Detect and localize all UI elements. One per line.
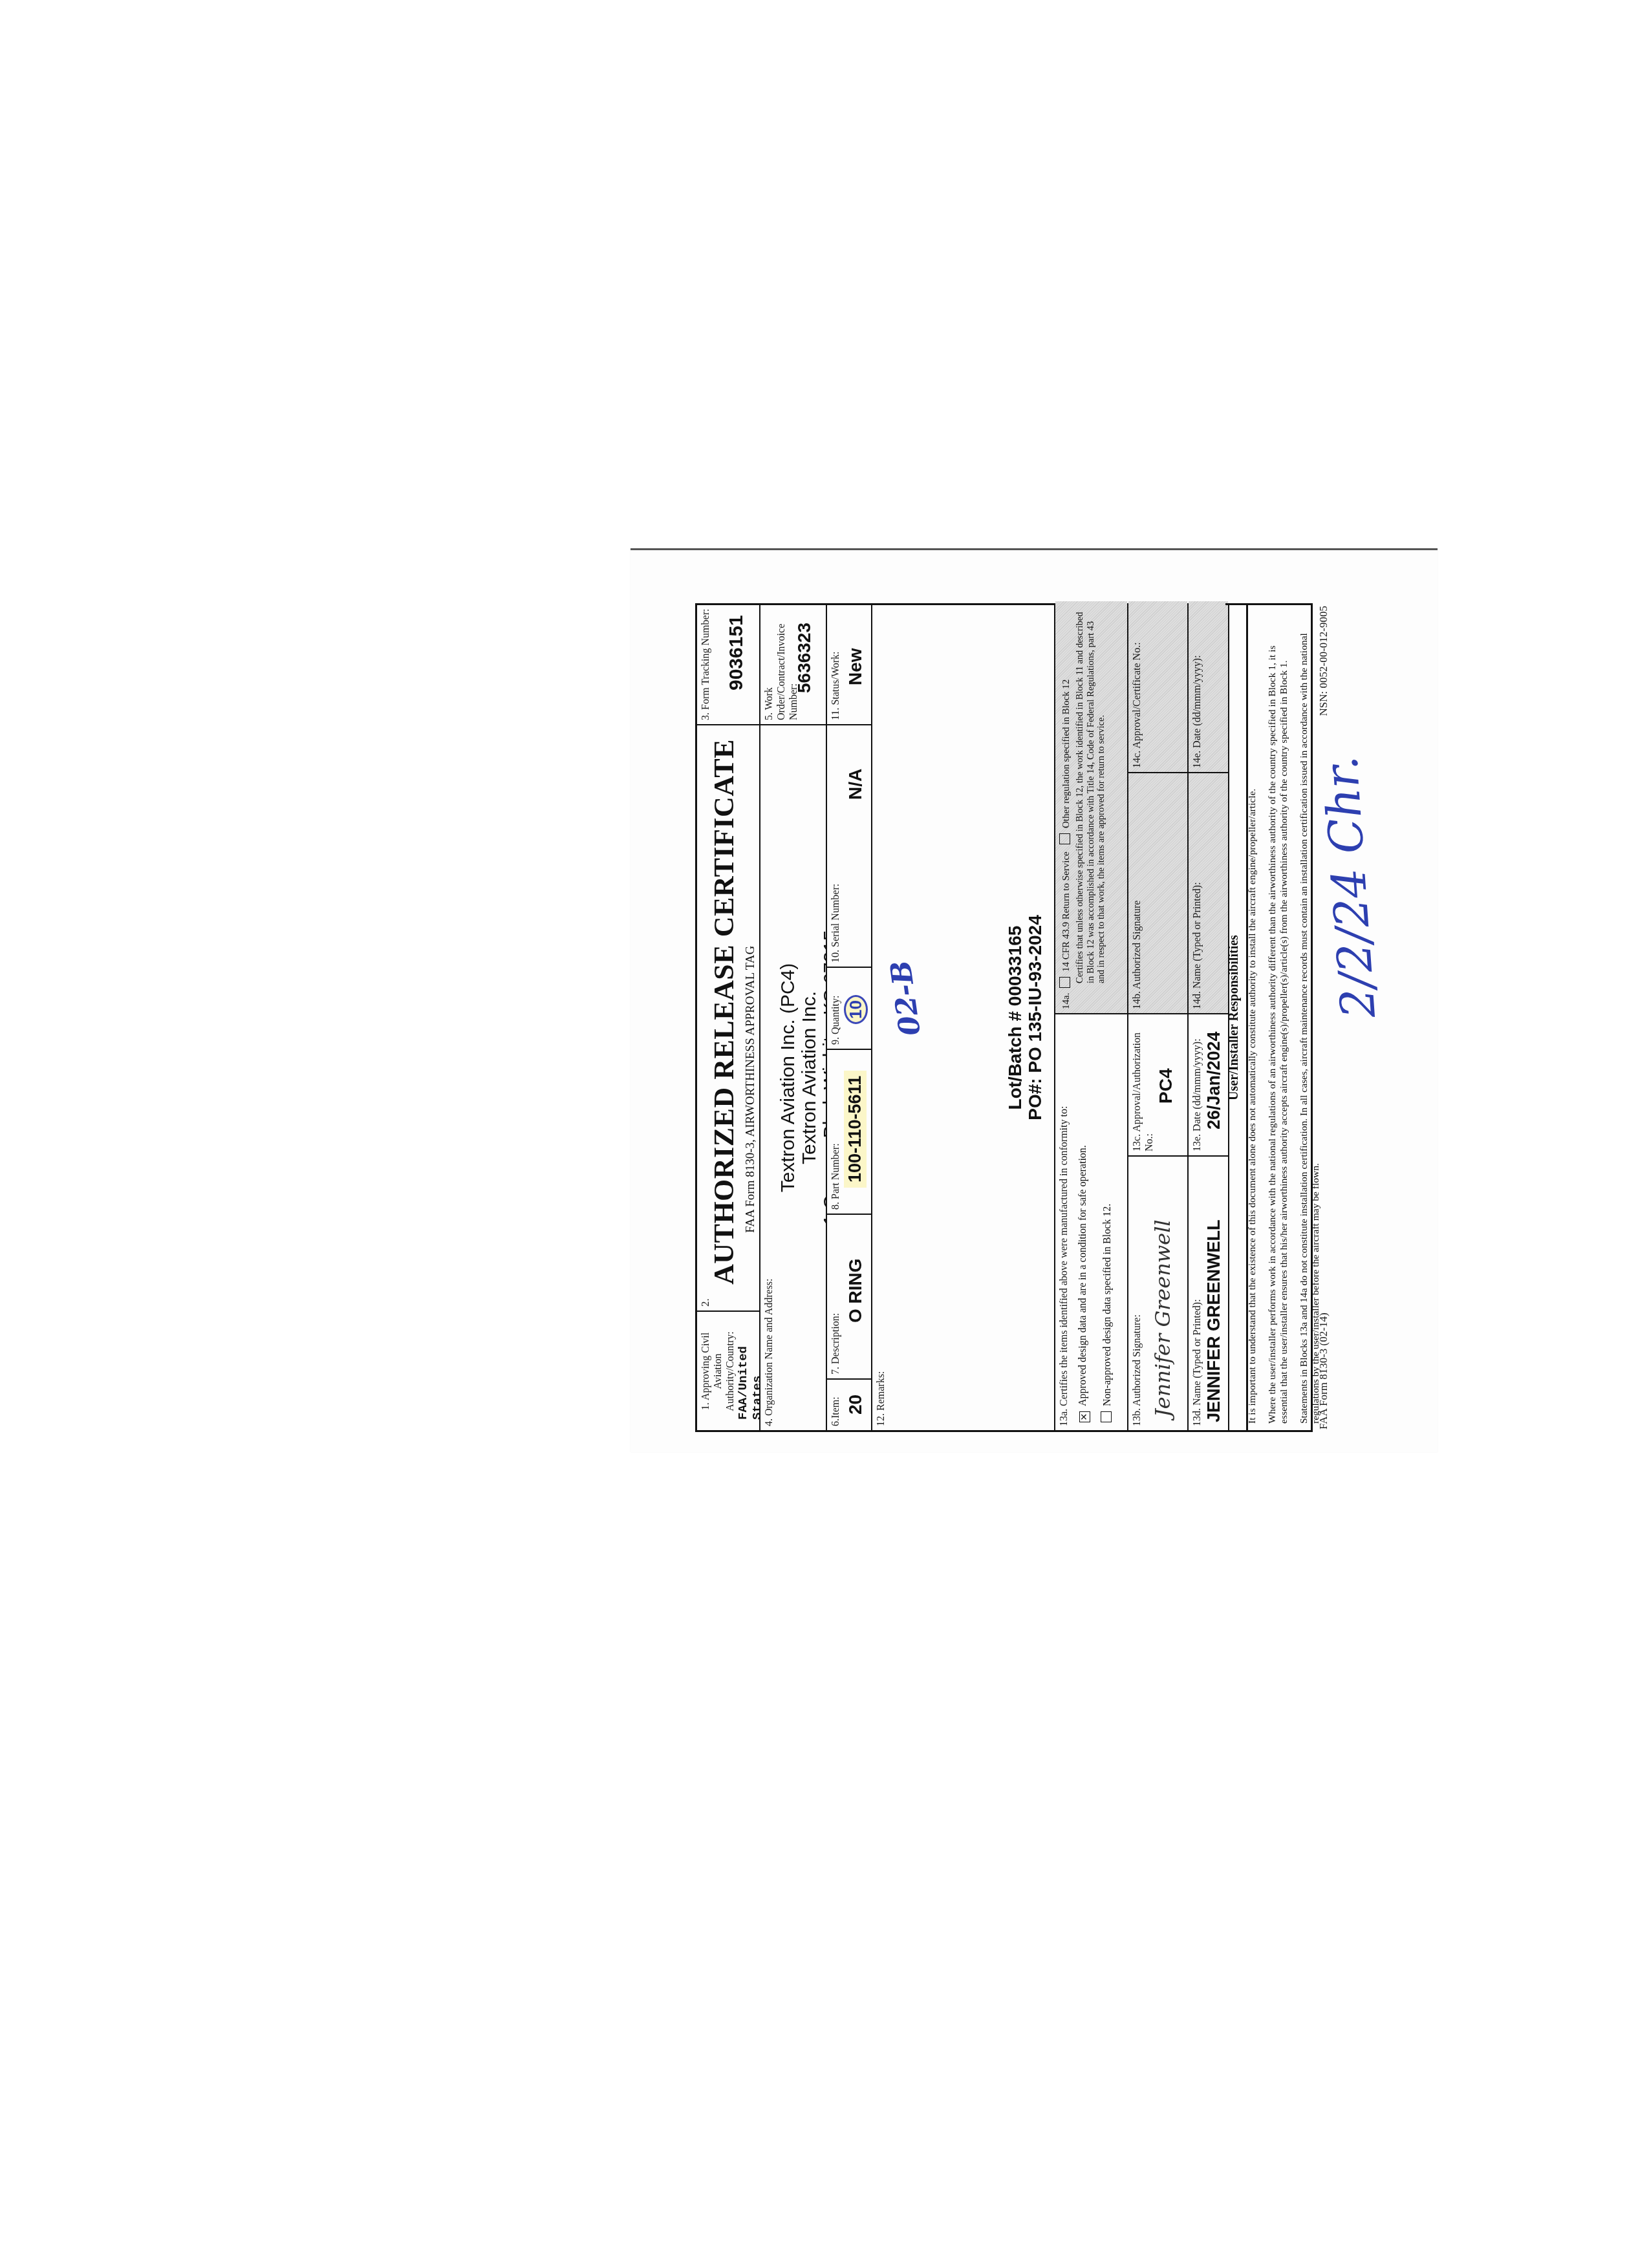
block-10-label: 10. Serial Number: [830, 884, 842, 963]
address-line-1: Textron Aviation Inc. (PC4) [777, 725, 799, 1430]
organization-address: Textron Aviation Inc. (PC4) Textron Avia… [777, 725, 826, 1430]
block-14d-label: 14d. Name (Typed or Printed): [1191, 882, 1203, 1009]
block-8: 8. Part Number: 100-110-5611 [827, 1049, 871, 1214]
block-13d-label: 13d. Name (Typed or Printed): [1191, 1299, 1203, 1426]
block-14b: 14b. Authorized Signature [1128, 772, 1187, 1013]
block-2: 2. AUTHORIZED RELEASE CERTIFICATE FAA Fo… [697, 724, 759, 1311]
block-14e-label: 14e. Date (dd/mmm/yyyy): [1191, 655, 1203, 768]
checkbox-empty-icon[interactable] [1101, 1411, 1112, 1422]
block-14a-label: 14a. [1061, 993, 1072, 1009]
signature-row: 13b. Authorized Signature: Jennifer Gree… [1128, 605, 1189, 1430]
block-2-label: 2. [700, 1298, 712, 1307]
block-14b-label: 14b. Authorized Signature [1131, 901, 1143, 1009]
block-11-label: 11. Status/Work: [830, 651, 842, 720]
block-3-label: 3. Form Tracking Number: [700, 609, 712, 720]
option-return-to-service: 14 CFR 43.9 Return to Service [1061, 851, 1072, 972]
quantity: 10 [844, 995, 868, 1024]
block-1-label: 1. Approving Civil Aviation Authority/Co… [700, 1316, 737, 1426]
authority-country: FAA/United States [736, 1312, 759, 1420]
address-line-2: Textron Aviation Inc. [799, 725, 820, 1430]
address-line-3: 1 Cessna Blvd, Wichita, KS 67215 [820, 725, 826, 1430]
certificate-title: AUTHORIZED RELEASE CERTIFICATE [707, 739, 740, 1285]
remarks-row: 12. Remarks: Lot/Batch # 00033165 PO#: P… [872, 605, 1055, 1430]
block-14a-options: 14a. 14 CFR 43.9 Return to Service Other… [1059, 679, 1072, 1009]
form-tracking-number: 9036151 [726, 615, 748, 690]
block-9: 9. Quantity: 10 [827, 967, 871, 1049]
approval-number: PC4 [1156, 1069, 1176, 1104]
block-13a: 13a. Certifies the items identified abov… [1055, 1013, 1127, 1430]
checkbox-checked-icon[interactable]: ✕ [1079, 1411, 1090, 1422]
block-14d: 14d. Name (Typed or Printed): [1189, 772, 1228, 1013]
handwritten-remark: 02-B [884, 958, 927, 1038]
work-order-number: 5636323 [794, 623, 815, 693]
responsibilities-paragraph-1: It is important to understand that the e… [1247, 612, 1259, 1424]
description: O RING [845, 1258, 866, 1323]
block-13c-label: 13c. Approval/Authorization No.: [1131, 1014, 1156, 1151]
name-date-row: 13d. Name (Typed or Printed): JENNIFER G… [1189, 605, 1229, 1430]
po-number: PO#: PO 135-IU-93-2024 [1025, 605, 1045, 1430]
block-9-label: 9. Quantity: [830, 996, 842, 1045]
form-number-footer: FAA Form 8130-3 (02-14) [1317, 1312, 1330, 1429]
block-13b-label: 13b. Authorized Signature: [1131, 1314, 1143, 1426]
header-row: 1. Approving Civil Aviation Authority/Co… [697, 605, 760, 1430]
block-14c: 14c. Approval/Certificate No.: [1128, 601, 1187, 772]
certification-row: 13a. Certifies the items identified abov… [1055, 605, 1128, 1430]
organization-row: 4. Organization Name and Address: Textro… [760, 605, 827, 1430]
block-13b: 13b. Authorized Signature: Jennifer Gree… [1128, 1155, 1187, 1430]
block-1: 1. Approving Civil Aviation Authority/Co… [697, 1311, 759, 1430]
responsibilities-heading: User/Installer Responsibilities [1227, 605, 1242, 1430]
block-3: 3. Form Tracking Number: 9036151 [697, 601, 759, 724]
certification-date: 26/Jan/2024 [1204, 1031, 1224, 1129]
block-10: 10. Serial Number: N/A [827, 724, 871, 967]
block-14e: 14e. Date (dd/mmm/yyyy): [1189, 601, 1228, 772]
block-13d: 13d. Name (Typed or Printed): JENNIFER G… [1189, 1155, 1228, 1430]
block-7-label: 7. Description: [830, 1313, 842, 1375]
part-number: 100-110-5611 [844, 1071, 867, 1188]
block-7: 7. Description: O RING [827, 1214, 871, 1378]
signer-name: JENNIFER GREENWELL [1204, 1219, 1224, 1422]
block-13e: 13e. Date (dd/mmm/yyyy): 26/Jan/2024 [1189, 1013, 1228, 1155]
block-12-label: 12. Remarks: [875, 1371, 887, 1426]
faa-form-8130-3: 1. Approving Civil Aviation Authority/Co… [695, 603, 1342, 1432]
item-number: 20 [845, 1395, 866, 1415]
checkbox-other-regulation-icon[interactable] [1059, 833, 1070, 844]
block-13a-label: 13a. Certifies the items identified abov… [1058, 1106, 1070, 1426]
block-14c-label: 14c. Approval/Certificate No.: [1131, 642, 1143, 768]
option-other-regulation: Other regulation specified in Block 12 [1061, 679, 1072, 828]
block-4: 4. Organization Name and Address: Textro… [760, 724, 826, 1430]
block-13e-label: 13e. Date (dd/mmm/yyyy): [1191, 1038, 1203, 1151]
block-5: 5. Work Order/Contract/Invoice Number: 5… [760, 601, 826, 724]
responsibilities-paragraph-2: Where the user/installer performs work i… [1267, 612, 1291, 1424]
responsibilities-box: User/Installer Responsibilities It is im… [1225, 603, 1313, 1432]
authorized-signature: Jennifer Greenwell [1150, 1219, 1175, 1417]
block-11: 11. Status/Work: New [827, 601, 871, 724]
responsibilities-paragraph-3: Statements in Blocks 13a and 14a do not … [1299, 612, 1322, 1424]
certificate-subtitle: FAA Form 8130-3, AIRWORTHINESS APPROVAL … [744, 946, 758, 1233]
block-8-label: 8. Part Number: [830, 1143, 842, 1210]
checkbox-return-to-service-icon[interactable] [1059, 977, 1070, 988]
serial-number: N/A [845, 769, 866, 800]
lot-batch: Lot/Batch # 00033165 [1005, 605, 1025, 1430]
remarks: Lot/Batch # 00033165 PO#: PO 135-IU-93-2… [1005, 605, 1045, 1430]
block-4-label: 4. Organization Name and Address: [763, 1278, 775, 1426]
block-6: 6.Item: 20 [827, 1378, 871, 1430]
status-work: New [845, 648, 866, 685]
block-6-label: 6.Item: [830, 1396, 842, 1426]
item-row: 6.Item: 20 7. Description: O RING 8. Par… [827, 605, 872, 1430]
block-13c: 13c. Approval/Authorization No.: PC4 [1128, 1013, 1187, 1155]
option-approved-label: Approved design data and are in a condit… [1077, 1145, 1088, 1406]
option-approved-design[interactable]: ✕Approved design data and are in a condi… [1077, 1145, 1090, 1422]
option-non-approved-label: Non-approved design data specified in Bl… [1102, 1204, 1113, 1406]
option-non-approved-design[interactable]: Non-approved design data specified in Bl… [1101, 1204, 1114, 1422]
block-14a: 14a. 14 CFR 43.9 Return to Service Other… [1055, 601, 1127, 1013]
block-14a-text: Certifies that unless otherwise specifie… [1075, 608, 1107, 983]
form-grid: 1. Approving Civil Aviation Authority/Co… [695, 603, 1248, 1432]
nsn-footer: NSN: 0052-00-012-9005 [1317, 606, 1330, 716]
